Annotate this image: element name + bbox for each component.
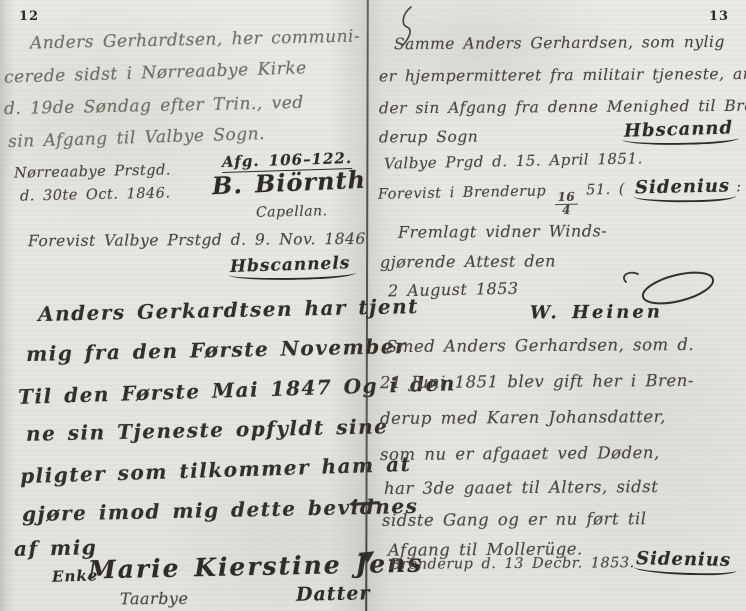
entry-line: Smed Anders Gerhardsen, som d. (386, 335, 694, 356)
forevist-year: 51. ( (586, 182, 625, 199)
forevist-text: Forevist i Brenderup (378, 183, 547, 203)
entry-line: pligter som tilkommer ham at (20, 452, 412, 488)
forevist-line: Forevist Valbye Prstgd d. 9. Nov. 1846 (28, 230, 366, 250)
entry-line: som nu er afgaaet ved Døden, (380, 443, 660, 464)
entry-line: cerede sidst i Nørreaabye Kirke (4, 58, 307, 87)
signature-pastor: Hbscannd (622, 117, 740, 147)
signature-pastor: Hbscannels (228, 253, 357, 282)
entry-line: derup Sogn (379, 128, 478, 147)
date-fraction: 164 (554, 192, 578, 216)
signature-widow-suffix: Datter (296, 582, 371, 606)
entry-line: er hjempermitteret fra militair tjeneste… (379, 65, 746, 86)
entry-line: gjøre imod mig dette bevidnes (22, 494, 419, 526)
place-date-line: Nørreaabye Prstgd. (14, 162, 171, 181)
signature-place: Taarbye (120, 589, 189, 608)
place-date-line: Valbye Prgd d. 15. April 1851. (384, 149, 643, 172)
signature-sidenius: Sidenius (634, 548, 737, 576)
entry-line: af mig (14, 535, 98, 561)
entry-line: sin Afgang til Valbye Sogn. (8, 124, 266, 152)
entry-line: ne sin Tjeneste opfyldt sine (26, 414, 389, 446)
place-date-line: Brenderup d. 13 Decbr. 1853. (390, 555, 635, 573)
entry-line: har 3de gaaet til Alters, sidst (384, 477, 658, 498)
signature-sidenius: Sidenius (633, 175, 737, 203)
entry-line: sidste Gang og er nu ført til (382, 509, 647, 530)
page-number-left: 12 (19, 9, 39, 24)
entry-line: derup med Karen Johansdatter, (380, 407, 666, 428)
entry-line: Fremlagt vidner Winds- (398, 221, 607, 241)
page-number-right: 13 (709, 9, 729, 24)
entry-line: d. 19de Søndag efter Trin., ved (4, 93, 304, 119)
entry-line: 21 Juni 1851 blev gift her i Bren- (380, 371, 694, 392)
entry-line: Anders Gerkardtsen har tjent (38, 294, 419, 326)
entry-line: Anders Gerhardtsen, her communi- (30, 27, 361, 54)
signature-title: Capellan. (256, 203, 328, 220)
entry-line: Samme Anders Gerhardsen, som nylig (394, 33, 725, 53)
entry-line: 2 August 1853 (388, 279, 519, 301)
signature-heinen: W. Heinen (530, 302, 663, 324)
entry-line: gjørende Attest den (380, 251, 556, 271)
entry-line: mig fra den Første November (26, 334, 407, 366)
signature-widow: Marie Kierstine Jens (88, 548, 424, 584)
entry-line: der sin Afgang fra denne Menighed til Br… (379, 97, 746, 118)
parish-register-scan: 12 Anders Gerhardtsen, her communi- cere… (0, 0, 746, 611)
signature-capellan: B. Biörnth (211, 165, 366, 200)
forevist-line: Forevist i Brenderup 164 51. ( Sidenius: (378, 175, 742, 220)
forevist-end: : (736, 179, 742, 195)
place-date-line: d. 30te Oct. 1846. (20, 185, 171, 204)
